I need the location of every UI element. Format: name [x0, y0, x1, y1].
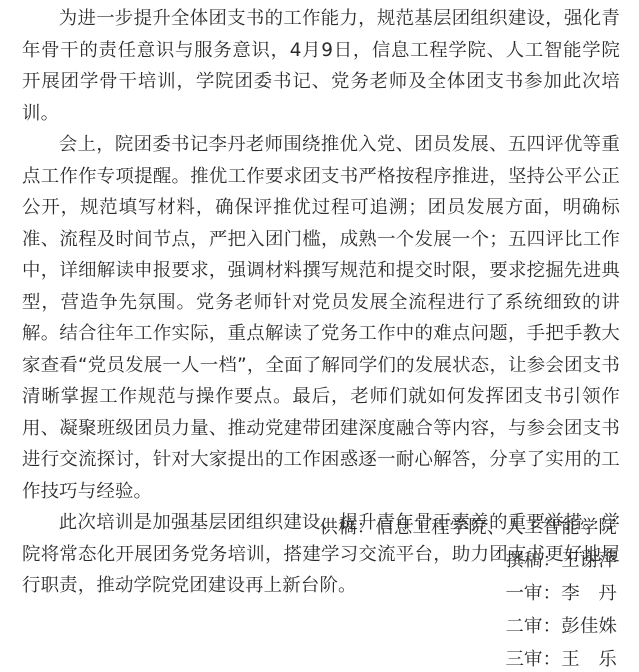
paragraph-intro: 为进一步提升全体团支书的工作能力，规范基层团组织建设，强化青年骨干的责任意识与服…	[22, 3, 620, 129]
paragraph-meeting-details: 会上，院团委书记李丹老师围绕推优入党、团员发展、五四评优等重点工作作专项提醒。推…	[22, 129, 620, 507]
credit-third-review: 三审：王 乐	[320, 643, 617, 672]
credits-block: 供稿：信息工程学院、人工智能学院 撰稿：王谢萍 一审：李 丹 二审：彭佳姝 三审…	[320, 511, 617, 672]
credit-writer: 撰稿：王谢萍	[320, 544, 617, 577]
credit-second-review: 二审：彭佳姝	[320, 610, 617, 643]
credit-first-review: 一审：李 丹	[320, 577, 617, 610]
credit-contributor: 供稿：信息工程学院、人工智能学院	[320, 511, 617, 544]
